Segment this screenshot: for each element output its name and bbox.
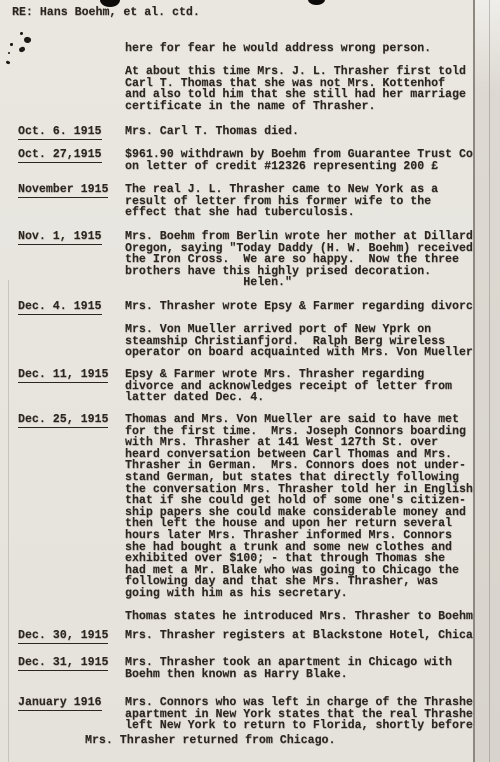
page-edge-inner-line [489,0,490,762]
entry-date: Dec. 11, 1915 [18,369,108,383]
entry-date: November 1915 [18,184,108,198]
entry-date: Oct. 27,1915 [18,149,102,163]
entry-date: Dec. 25, 1915 [18,414,108,428]
entry-body: Mrs. Thrasher wrote Epsy & Farmer regard… [125,301,487,359]
entry-body: Mrs. Boehm from Berlin wrote her mother … [125,231,473,289]
entry-date: Dec. 4. 1915 [18,301,102,315]
page-edge-line [473,0,475,762]
entry-date: Nov. 1, 1915 [18,231,102,245]
entry-body: The real J. L. Thrasher came to New York… [125,184,438,219]
entry-date: Dec. 31, 1915 [18,657,108,671]
entry-body: Mrs. Connors who was left in charge of t… [125,697,480,732]
document-page: RE: Hans Boehm, et al. ctd. here for fea… [0,0,500,762]
entry-body: Mrs. Carl T. Thomas died. [125,126,299,138]
entry-body: At about this time Mrs. J. L. Thrasher f… [125,66,466,112]
entry-date: January 1916 [18,697,102,711]
entry-body: $961.90 withdrawn by Boehm from Guarante… [125,149,480,172]
adjacent-page-strip [475,0,500,762]
entry-date: Oct. 6. 1915 [18,126,102,140]
entry-body: Mrs. Thrasher took an apartment in Chica… [125,657,452,680]
entry-body: Epsy & Farmer wrote Mrs. Thrasher regard… [125,369,452,404]
entry-body: here for fear he would address wrong per… [125,43,431,55]
timeline: here for fear he would address wrong per… [0,0,500,762]
entry-date: Dec. 30, 1915 [18,630,108,644]
entry-body: Thomas and Mrs. Von Mueller are said to … [125,414,480,623]
entry-body-outdent: Mrs. Thrasher returned from Chicago. [85,735,335,747]
entry-body: Mrs. Thrasher registers at Blackstone Ho… [125,630,494,642]
